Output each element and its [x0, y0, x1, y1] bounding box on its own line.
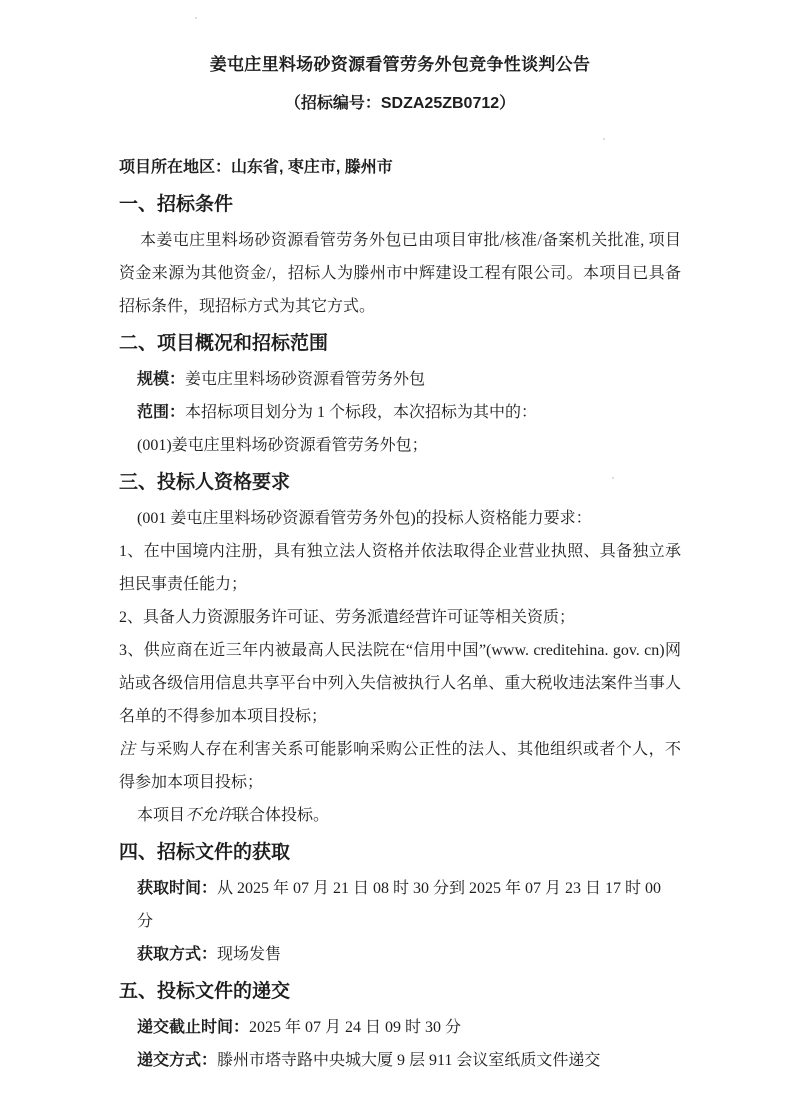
note-line: 注 与采购人存在利害关系可能影响采购公正性的法人、其他组织或者个人，不得参加本项… [119, 733, 681, 799]
joint-bid-line: 本项目不允许联合体投标。 [119, 799, 681, 832]
scale-label: 规模： [137, 371, 185, 388]
section-5-heading: 五、投标文件的递交 [119, 975, 681, 1009]
submit-method-label: 递交方式： [137, 1052, 217, 1069]
note-label: 注 [119, 741, 135, 758]
page-title: 姜屯庄里料场砂资源看管劳务外包竞争性谈判公告 [119, 54, 681, 76]
tender-number: （招标编号：SDZA25ZB0712） [119, 93, 681, 115]
obtain-time-label: 获取时间： [137, 880, 217, 897]
submit-deadline-value: 2025 年 07 月 24 日 09 时 30 分 [249, 1019, 461, 1036]
submit-method-value: 滕州市塔寺路中央城大厦 9 层 911 会议室纸质文件递交 [217, 1052, 600, 1069]
section-2-heading: 二、项目概况和招标范围 [119, 327, 681, 361]
joint-bid-prefix: 本项目 [137, 807, 185, 824]
project-location-line: 项目所在地区：山东省, 枣庄市, 滕州市 [119, 151, 681, 184]
document-body: 项目所在地区：山东省, 枣庄市, 滕州市 一、招标条件 本姜屯庄里料场砂资源看管… [119, 151, 681, 1077]
scale-line: 规模：姜屯庄里料场砂资源看管劳务外包 [119, 363, 681, 396]
scope-line: 范围：本招标项目划分为 1 个标段，本次招标为其中的： [119, 396, 681, 429]
obtain-method-line: 获取方式：现场发售 [119, 938, 681, 971]
submit-method-line: 递交方式：滕州市塔寺路中央城大厦 9 层 911 会议室纸质文件递交 [119, 1044, 681, 1077]
project-location-label: 项目所在地区： [119, 159, 231, 176]
scan-speck [603, 138, 605, 140]
requirement-1: 1、在中国境内注册，具有独立法人资格并依法取得企业营业执照、具备独立承担民事责任… [119, 535, 681, 601]
section-4-heading: 四、招标文件的获取 [119, 836, 681, 870]
obtain-method-label: 获取方式： [137, 946, 217, 963]
scope-label: 范围： [137, 404, 185, 421]
qualification-intro: (001 姜屯庄里料场砂资源看管劳务外包)的投标人资格能力要求： [119, 502, 681, 535]
requirement-3: 3、供应商在近三年内被最高人民法院在“信用中国”(www. creditehin… [119, 634, 681, 733]
section-1-heading: 一、招标条件 [119, 188, 681, 222]
section-3-heading: 三、投标人资格要求 [119, 466, 681, 500]
scan-speck [195, 17, 197, 19]
requirement-2: 2、具备人力资源服务许可证、劳务派遣经营许可证等相关资质； [119, 601, 681, 634]
obtain-time-line: 获取时间：从 2025 年 07 月 21 日 08 时 30 分到 2025 … [119, 872, 681, 938]
submit-deadline-line: 递交截止时间：2025 年 07 月 24 日 09 时 30 分 [119, 1011, 681, 1044]
note-text: 与采购人存在利害关系可能影响采购公正性的法人、其他组织或者个人，不得参加本项目投… [119, 741, 681, 791]
section-1-paragraph: 本姜屯庄里料场砂资源看管劳务外包已由项目审批/核准/备案机关批准, 项目资金来源… [119, 224, 681, 323]
scan-speck [612, 477, 614, 479]
scope-value: 本招标项目划分为 1 个标段，本次招标为其中的： [185, 404, 537, 421]
obtain-method-value: 现场发售 [217, 946, 281, 963]
joint-bid-suffix: 联合体投标。 [233, 807, 329, 824]
scale-value: 姜屯庄里料场砂资源看管劳务外包 [185, 371, 425, 388]
joint-bid-emphasis: 不允许 [185, 807, 233, 824]
project-location-value: 山东省, 枣庄市, 滕州市 [231, 159, 393, 176]
document-page: 姜屯庄里料场砂资源看管劳务外包竞争性谈判公告 （招标编号：SDZA25ZB071… [0, 0, 800, 1100]
submit-deadline-label: 递交截止时间： [137, 1019, 249, 1036]
lot-line: (001)姜屯庄里料场砂资源看管劳务外包； [119, 429, 681, 462]
